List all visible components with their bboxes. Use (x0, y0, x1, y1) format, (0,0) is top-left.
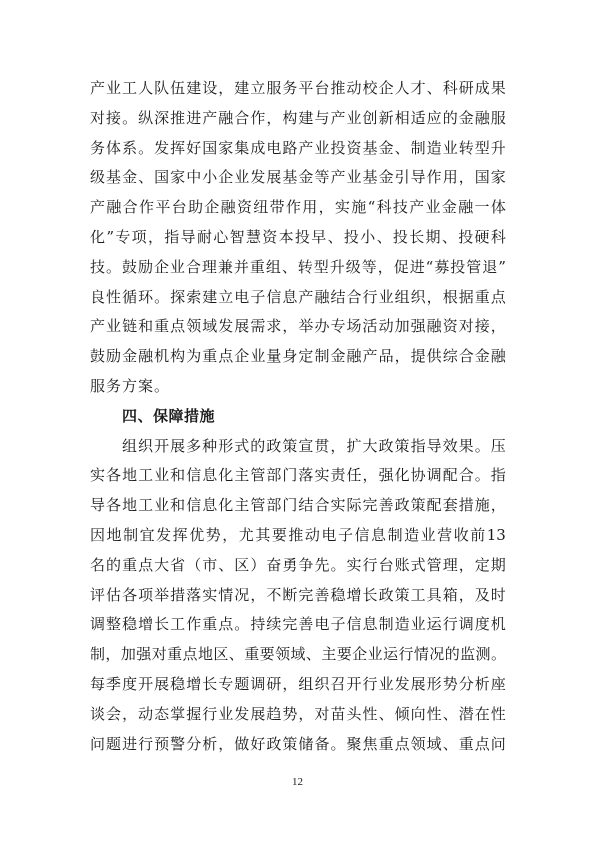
line-glyphs: 组织开展多种形式的政策宣贯，扩大政策指导效果。压 (122, 432, 506, 462)
text-line: 对接。纵深推进产融合作，构建与产业创新相适应的金融服 (90, 104, 506, 134)
line-glyphs: 对接。纵深推进产融合作，构建与产业创新相适应的金融服 (90, 104, 506, 134)
text-line: 鼓励金融机构为重点企业量身定制金融产品，提供综合金融 (90, 342, 506, 372)
line-glyphs: 良性循环。探索建立电子信息产融结合行业组织，根据重点 (90, 283, 506, 313)
line-glyphs: 制，加强对重点地区、重要领域、主要企业运行情况的监测。 (90, 640, 506, 670)
line-glyphs: 鼓励金融机构为重点企业量身定制金融产品，提供综合金融 (90, 342, 506, 372)
line-glyphs: 实各地工业和信息化主管部门落实责任，强化协调配合。指 (90, 461, 506, 491)
text-line: 实各地工业和信息化主管部门落实责任，强化协调配合。指 (90, 461, 506, 491)
line-glyphs: 化”专项，指导耐心智慧资本投早、投小、投长期、投硬科 (90, 223, 506, 253)
paragraph-financing: 产业工人队伍建设，建立服务平台推动校企人才、科研成果 对接。纵深推进产融合作，构… (90, 74, 506, 402)
text-line: 产业链和重点领域发展需求，举办专场活动加强融资对接， (90, 312, 506, 342)
text-line: 服务方案。 (90, 372, 506, 402)
text-line: 制，加强对重点地区、重要领域、主要企业运行情况的监测。 (90, 640, 506, 670)
line-glyphs: 产业工人队伍建设，建立服务平台推动校企人才、科研成果 (90, 74, 506, 104)
paragraph-safeguard-measures: 组织开展多种形式的政策宣贯，扩大政策指导效果。压 实各地工业和信息化主管部门落实… (90, 432, 506, 760)
text-line: 技。鼓励企业合理兼并重组、转型升级等，促进“募投管退” (90, 253, 506, 283)
line-glyphs: 问题进行预警分析，做好政策储备。聚焦重点领域、重点问 (90, 730, 506, 760)
text-line: 化”专项，指导耐心智慧资本投早、投小、投长期、投硬科 (90, 223, 506, 253)
text-line: 每季度开展稳增长专题调研，组织召开行业发展形势分析座 (90, 670, 506, 700)
body-text: 产业工人队伍建设，建立服务平台推动校企人才、科研成果 对接。纵深推进产融合作，构… (90, 74, 506, 759)
text-line: 调整稳增长工作重点。持续完善电子信息制造业运行调度机 (90, 610, 506, 640)
line-glyphs: 评估各项举措落实情况，不断完善稳增长政策工具箱，及时 (90, 581, 506, 611)
text-line: 产业工人队伍建设，建立服务平台推动校企人才、科研成果 (90, 74, 506, 104)
text-line: 务体系。发挥好国家集成电路产业投资基金、制造业转型升 (90, 134, 506, 164)
text-line: 导各地工业和信息化主管部门结合实际完善政策配套措施， (90, 491, 506, 521)
line-glyphs: 级基金、国家中小企业发展基金等产业基金引导作用，国家 (90, 163, 506, 193)
line-glyphs: 产业链和重点领域发展需求，举办专场活动加强融资对接， (90, 312, 506, 342)
line-glyphs: 务体系。发挥好国家集成电路产业投资基金、制造业转型升 (90, 134, 506, 164)
line-glyphs: 调整稳增长工作重点。持续完善电子信息制造业运行调度机 (90, 610, 506, 640)
line-glyphs: 谈会，动态掌握行业发展趋势，对苗头性、倾向性、潜在性 (90, 700, 506, 730)
section-heading: 四、保障措施 (90, 402, 506, 432)
line-glyphs: 导各地工业和信息化主管部门结合实际完善政策配套措施， (90, 491, 506, 521)
text-line: 谈会，动态掌握行业发展趋势，对苗头性、倾向性、潜在性 (90, 700, 506, 730)
line-glyphs: 名的重点大省（市、区）奋勇争先。实行台账式管理，定期 (90, 551, 506, 581)
text-line: 评估各项举措落实情况，不断完善稳增长政策工具箱，及时 (90, 581, 506, 611)
text-line: 级基金、国家中小企业发展基金等产业基金引导作用，国家 (90, 163, 506, 193)
line-glyphs: 每季度开展稳增长专题调研，组织召开行业发展形势分析座 (90, 670, 506, 700)
line-glyphs: 产融合作平台助企融资纽带作用，实施“科技产业金融一体 (90, 193, 506, 223)
text-line: 名的重点大省（市、区）奋勇争先。实行台账式管理，定期 (90, 551, 506, 581)
document-page: 产业工人队伍建设，建立服务平台推动校企人才、科研成果 对接。纵深推进产融合作，构… (0, 0, 595, 841)
text-line: 良性循环。探索建立电子信息产融结合行业组织，根据重点 (90, 283, 506, 313)
text-line: 组织开展多种形式的政策宣贯，扩大政策指导效果。压 (90, 432, 506, 462)
line-glyphs: 因地制宜发挥优势，尤其要推动电子信息制造业营收前13 (90, 521, 506, 551)
page-number: 12 (0, 776, 595, 788)
text-line: 问题进行预警分析，做好政策储备。聚焦重点领域、重点问 (90, 730, 506, 760)
text-line: 因地制宜发挥优势，尤其要推动电子信息制造业营收前13 (90, 521, 506, 551)
line-glyphs: 技。鼓励企业合理兼并重组、转型升级等，促进“募投管退” (90, 253, 506, 283)
text-line: 产融合作平台助企融资纽带作用，实施“科技产业金融一体 (90, 193, 506, 223)
